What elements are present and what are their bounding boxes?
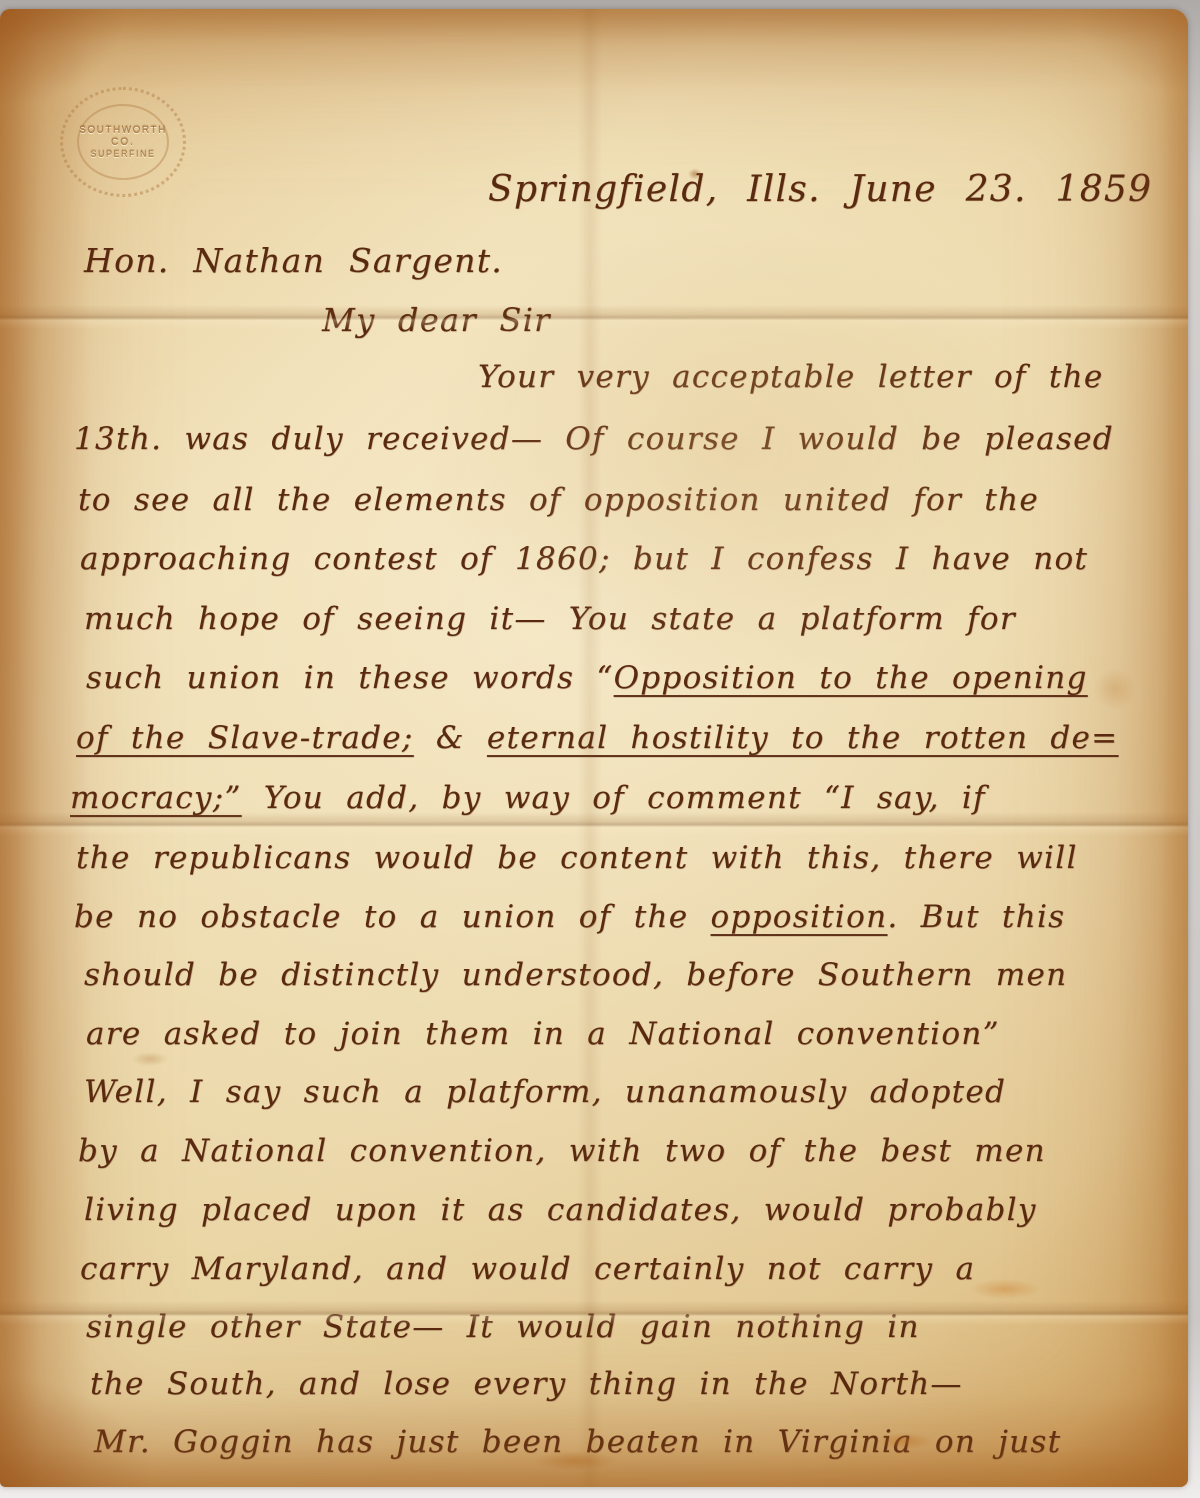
body-text: by a National convention, with two of th… — [78, 1133, 1046, 1169]
dateline: Springfield, Ills. June 23. 1859 — [488, 169, 1152, 210]
body-text: single other State— It would gain nothin… — [86, 1309, 920, 1345]
body-text: Your very acceptable letter of the — [478, 359, 1104, 395]
body-text: should be distinctly understood, before … — [84, 957, 1067, 993]
recipient-line: Hon. Nathan Sargent. — [84, 241, 503, 280]
body-line: by a National convention, with two of th… — [78, 1133, 1046, 1169]
body-text: be no obstacle to a union of the — [74, 899, 711, 935]
body-text: the republicans would be content with th… — [76, 840, 1078, 876]
underlined-text: of the Slave-trade; — [76, 720, 414, 756]
handwriting-layer: Springfield, Ills. June 23. 1859 Hon. Na… — [0, 9, 1188, 1487]
body-line: approaching contest of 1860; but I confe… — [80, 541, 1088, 577]
body-line: should be distinctly understood, before … — [84, 957, 1067, 993]
body-text: the South, and lose every thing in the N… — [90, 1366, 963, 1402]
body-text: You add, by way of comment “I say, if — [242, 780, 986, 816]
body-line: such union in these words “Opposition to… — [86, 660, 1088, 696]
body-line: mocracy;” You add, by way of comment “I … — [70, 780, 986, 816]
salutation-line: My dear Sir — [322, 301, 551, 339]
recipient-text: Hon. Nathan Sargent. — [84, 241, 503, 280]
body-text: approaching contest of 1860; but I confe… — [80, 541, 1088, 577]
underlined-text: mocracy;” — [70, 780, 242, 816]
body-line: single other State— It would gain nothin… — [86, 1309, 920, 1345]
body-text: living placed upon it as candidates, wou… — [84, 1192, 1037, 1228]
dateline-text: Springfield, Ills. June 23. 1859 — [488, 169, 1152, 210]
body-text: . But this — [887, 899, 1065, 935]
underlined-text: eternal hostility to the rotten de= — [487, 720, 1119, 756]
letter-page: SOUTHWORTH CO. SUPERFINE Springfield, Il… — [0, 9, 1188, 1487]
body-text: such union in these words “ — [86, 660, 614, 696]
body-line: much hope of seeing it— You state a plat… — [84, 601, 1016, 637]
body-line: be no obstacle to a union of the opposit… — [74, 899, 1065, 935]
salutation-text: My dear Sir — [322, 301, 551, 339]
underlined-text: opposition — [711, 899, 888, 935]
body-line: the republicans would be content with th… — [76, 840, 1078, 876]
body-line: 13th. was duly received— Of course I wou… — [74, 421, 1114, 457]
body-line: Your very acceptable letter of the — [478, 359, 1104, 395]
body-text: Mr. Goggin has just been beaten in Virgi… — [94, 1424, 1061, 1460]
body-line: Well, I say such a platform, unanamously… — [84, 1074, 1006, 1110]
body-line: the South, and lose every thing in the N… — [90, 1366, 963, 1402]
body-line: carry Maryland, and would certainly not … — [80, 1251, 975, 1287]
underlined-text: Opposition to the opening — [614, 660, 1088, 696]
body-text: carry Maryland, and would certainly not … — [80, 1251, 975, 1287]
body-text: are asked to join them in a National con… — [86, 1016, 1000, 1052]
body-text: Well, I say such a platform, unanamously… — [84, 1074, 1006, 1110]
body-line: of the Slave-trade; & eternal hostility … — [76, 720, 1118, 756]
body-line: to see all the elements of opposition un… — [78, 482, 1039, 518]
body-text: to see all the elements of opposition un… — [78, 482, 1039, 518]
body-line: Mr. Goggin has just been beaten in Virgi… — [94, 1424, 1061, 1460]
body-line: living placed upon it as candidates, wou… — [84, 1192, 1037, 1228]
body-text: much hope of seeing it— You state a plat… — [84, 601, 1016, 637]
body-text: & — [414, 720, 487, 756]
body-text: 13th. was duly received— Of course I wou… — [74, 421, 1114, 457]
body-line: are asked to join them in a National con… — [86, 1016, 1000, 1052]
